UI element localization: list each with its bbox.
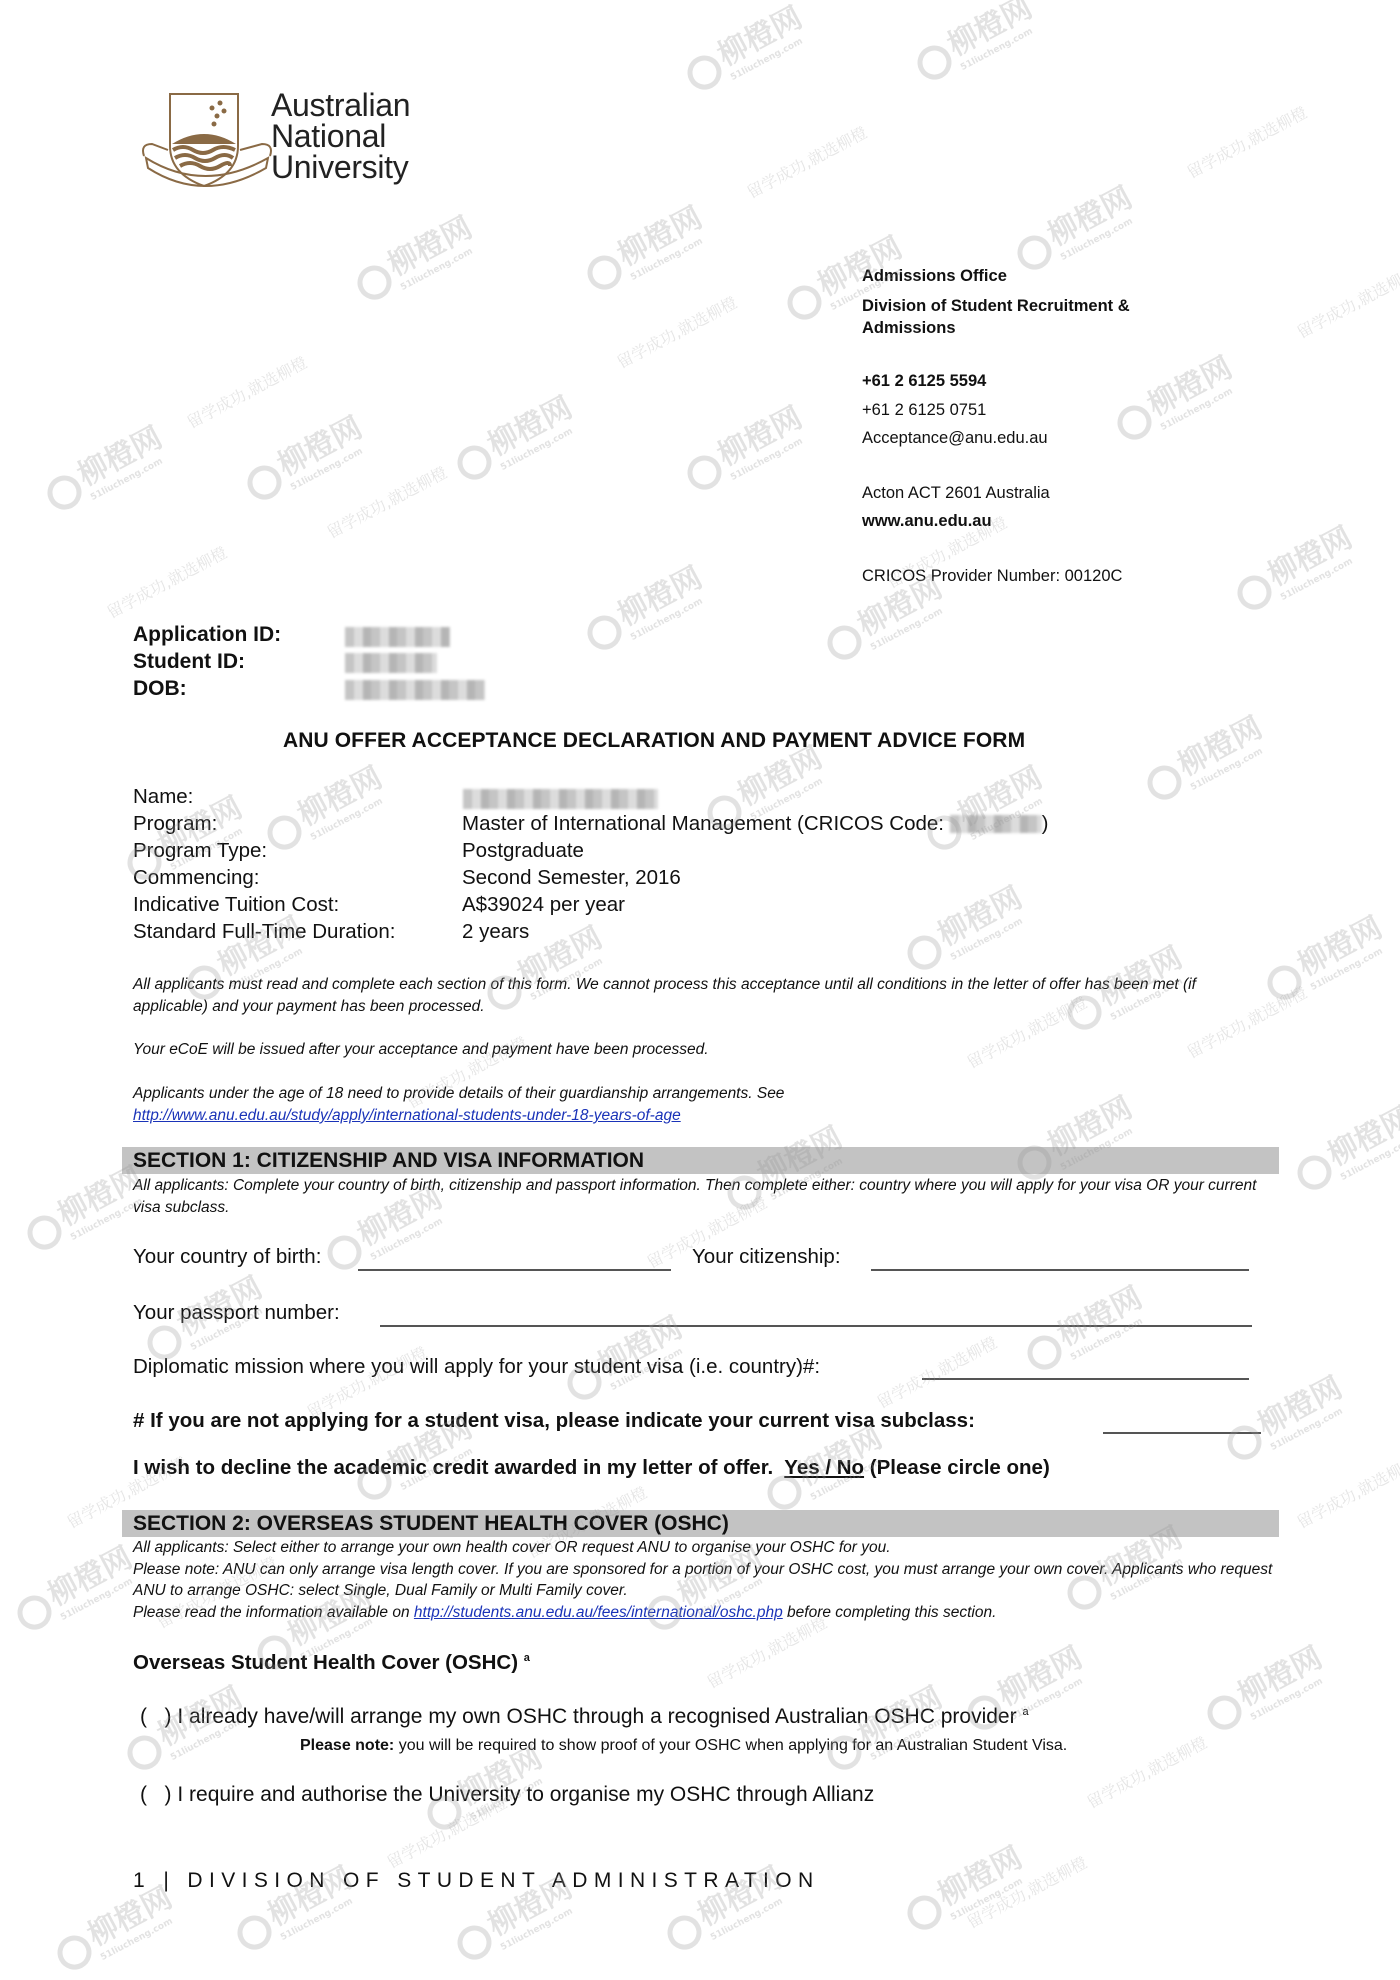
watermark-stamp: 柳橙网51liucheng.com (35, 413, 173, 520)
student-id-redacted (345, 653, 437, 673)
program-label: Program: (133, 812, 217, 836)
watermark-stamp: 柳橙网51liucheng.com (675, 0, 813, 100)
program-name: Master of International Management (CRIC… (462, 812, 950, 835)
note-under-18: Applicants under the age of 18 need to p… (133, 1083, 1273, 1127)
cricos-code-redacted (950, 815, 1042, 833)
watermark-stamp: 柳橙网51liucheng.com (445, 383, 583, 490)
watermark-stamp: 柳橙网51liucheng.com (905, 0, 1043, 90)
watermark-stamp: 柳橙网51liucheng.com (1225, 513, 1363, 620)
watermark-slogan: 留学成功,就选柳橙 (962, 1850, 1090, 1933)
watermark-slogan: 留学成功,就选柳橙 (872, 1330, 1000, 1413)
anu-crest-logo (138, 86, 276, 194)
section-2-line-3: Please read the information available on… (133, 1602, 1283, 1624)
office-name: Admissions Office (862, 267, 1007, 286)
watermark-stamp: 柳橙网51liucheng.com (915, 753, 1053, 860)
watermark-slogan: 留学成功,就选柳橙 (1082, 1730, 1210, 1813)
section-1-instructions: All applicants: Complete your country of… (133, 1175, 1273, 1219)
division-line-2: Admissions (862, 319, 956, 338)
section-2-instructions: All applicants: Select either to arrange… (133, 1537, 1283, 1623)
watermark-stamp: 柳橙网51liucheng.com (345, 203, 483, 310)
passport-number-field[interactable] (380, 1325, 1252, 1327)
watermark-stamp: 柳橙网51liucheng.com (1255, 903, 1393, 1010)
commencing-value: Second Semester, 2016 (462, 866, 681, 890)
student-id-label: Student ID: (133, 650, 245, 674)
duration-value: 2 years (462, 920, 529, 944)
diplomatic-mission-field[interactable] (922, 1378, 1249, 1380)
oshc-info-link[interactable]: http://students.anu.edu.au/fees/internat… (414, 1604, 783, 1621)
citizenship-field[interactable] (871, 1269, 1249, 1271)
postal-address: Acton ACT 2601 Australia (862, 484, 1050, 503)
watermark-stamp: 柳橙网51liucheng.com (895, 1833, 1033, 1940)
dob-redacted (345, 680, 485, 700)
application-id-label: Application ID: (133, 623, 281, 647)
oshc-subheading-text: Overseas Student Health Cover (OSHC) (133, 1651, 518, 1674)
passport-number-label: Your passport number: (133, 1301, 340, 1325)
watermark-slogan: 留学成功,就选柳橙 (1182, 100, 1310, 183)
wordmark-line-3: University (271, 152, 410, 183)
oshc-proof-note-text: you will be required to show proof of yo… (394, 1737, 1067, 1754)
program-type-value: Postgraduate (462, 839, 584, 863)
section-2-line-3-prefix: Please read the information available on (133, 1604, 414, 1621)
visa-subclass-field[interactable] (1103, 1432, 1261, 1434)
diplomatic-mission-label: Diplomatic mission where you will apply … (133, 1355, 820, 1379)
cricos-provider-number: CRICOS Provider Number: 00120C (862, 567, 1122, 586)
wordmark-line-1: Australian (271, 90, 410, 121)
decline-credit-row: I wish to decline the academic credit aw… (133, 1456, 1050, 1480)
watermark-stamp: 柳橙网51liucheng.com (575, 553, 713, 660)
visa-subclass-label: # If you are not applying for a student … (133, 1409, 975, 1433)
watermark-stamp: 柳橙网51liucheng.com (5, 1533, 143, 1640)
oshc-footnote-marker: a (524, 1652, 530, 1664)
country-of-birth-label: Your country of birth: (133, 1245, 321, 1269)
watermark-slogan: 留学成功,就选柳橙 (742, 120, 870, 203)
phone-number: +61 2 6125 5594 (862, 372, 986, 391)
decline-credit-label: I wish to decline the academic credit aw… (133, 1456, 773, 1479)
wordmark-line-2: National (271, 121, 410, 152)
watermark-slogan: 留学成功,就选柳橙 (1292, 1450, 1400, 1533)
commencing-label: Commencing: (133, 866, 259, 890)
tuition-cost-label: Indicative Tuition Cost: (133, 893, 339, 917)
program-type-label: Program Type: (133, 839, 267, 863)
watermark-stamp: 柳橙网51liucheng.com (1285, 1093, 1400, 1200)
watermark-stamp: 柳橙网51liucheng.com (1195, 1633, 1333, 1740)
watermark-stamp: 柳橙网51liucheng.com (1005, 173, 1143, 280)
application-id-redacted (345, 627, 450, 647)
citizenship-label: Your citizenship: (692, 1245, 841, 1269)
option-own-cover-bracket-close: ) (165, 1705, 172, 1728)
option-anu-organise-bracket-open: ( (140, 1783, 147, 1806)
watermark-slogan: 留学成功,就选柳橙 (612, 290, 740, 373)
oshc-proof-note: Please note: you will be required to sho… (300, 1737, 1067, 1755)
website: www.anu.edu.au (862, 512, 992, 531)
watermark-stamp: 柳橙网51liucheng.com (1105, 343, 1243, 450)
watermark-slogan: 留学成功,就选柳橙 (1292, 260, 1400, 343)
watermark-slogan: 留学成功,就选柳橙 (322, 460, 450, 543)
oshc-option-own-cover[interactable]: ( ) I already have/will arrange my own O… (140, 1705, 1029, 1729)
option-own-cover-bracket-open: ( (140, 1705, 147, 1728)
watermark-slogan: 留学成功,就选柳橙 (102, 540, 230, 623)
note-ecoe: Your eCoE will be issued after your acce… (133, 1039, 1273, 1061)
watermark-stamp: 柳橙网51liucheng.com (235, 403, 373, 510)
tuition-cost-value: A$39024 per year (462, 893, 625, 917)
option-own-cover-footnote: a (1022, 1706, 1028, 1718)
oshc-proof-note-bold: Please note: (300, 1737, 394, 1754)
section-2-line-3-suffix: before completing this section. (783, 1604, 997, 1621)
country-of-birth-field[interactable] (358, 1269, 671, 1271)
watermark-slogan: 留学成功,就选柳橙 (182, 350, 310, 433)
option-anu-organise-label: I require and authorise the University t… (177, 1783, 874, 1806)
division-line-1: Division of Student Recruitment & (862, 297, 1130, 316)
oshc-subheading: Overseas Student Health Cover (OSHC) a (133, 1651, 530, 1675)
decline-credit-yes-no[interactable]: Yes / No (784, 1456, 864, 1479)
note-complete-form: All applicants must read and complete ea… (133, 974, 1273, 1018)
watermark-stamp: 柳橙网51liucheng.com (895, 873, 1033, 980)
form-title: ANU OFFER ACCEPTANCE DECLARATION AND PAY… (283, 729, 1025, 753)
duration-label: Standard Full-Time Duration: (133, 920, 395, 944)
fax-number: +61 2 6125 0751 (862, 401, 986, 420)
under-18-link[interactable]: http://www.anu.edu.au/study/apply/intern… (133, 1107, 681, 1124)
decline-credit-hint: (Please circle one) (870, 1456, 1050, 1479)
oshc-option-anu-organise[interactable]: ( ) I require and authorise the Universi… (140, 1783, 874, 1807)
anu-wordmark: Australian National University (271, 90, 410, 183)
section-2-title: SECTION 2: OVERSEAS STUDENT HEALTH COVER… (133, 1510, 729, 1537)
option-anu-organise-bracket-close: ) (165, 1783, 172, 1806)
page-footer: 1 | DIVISION OF STUDENT ADMINISTRATION (133, 1869, 820, 1893)
watermark-stamp: 柳橙网51liucheng.com (675, 393, 813, 500)
watermark-stamp: 柳橙网51liucheng.com (575, 193, 713, 300)
program-value: Master of International Management (CRIC… (462, 812, 1049, 836)
section-1-title: SECTION 1: CITIZENSHIP AND VISA INFORMAT… (133, 1147, 644, 1174)
contact-email: Acceptance@anu.edu.au (862, 429, 1048, 448)
watermark-stamp: 柳橙网51liucheng.com (1135, 703, 1273, 810)
note-under-18-text: Applicants under the age of 18 need to p… (133, 1083, 1273, 1105)
option-own-cover-label: I already have/will arrange my own OSHC … (177, 1705, 1016, 1728)
section-2-line-1: All applicants: Select either to arrange… (133, 1537, 1283, 1559)
name-redacted (463, 789, 658, 809)
watermark-stamp: 柳橙网51liucheng.com (255, 753, 393, 860)
dob-label: DOB: (133, 677, 187, 701)
name-label: Name: (133, 785, 193, 809)
program-close-paren: ) (1042, 812, 1049, 835)
section-2-line-2: Please note: ANU can only arrange visa l… (133, 1559, 1283, 1602)
